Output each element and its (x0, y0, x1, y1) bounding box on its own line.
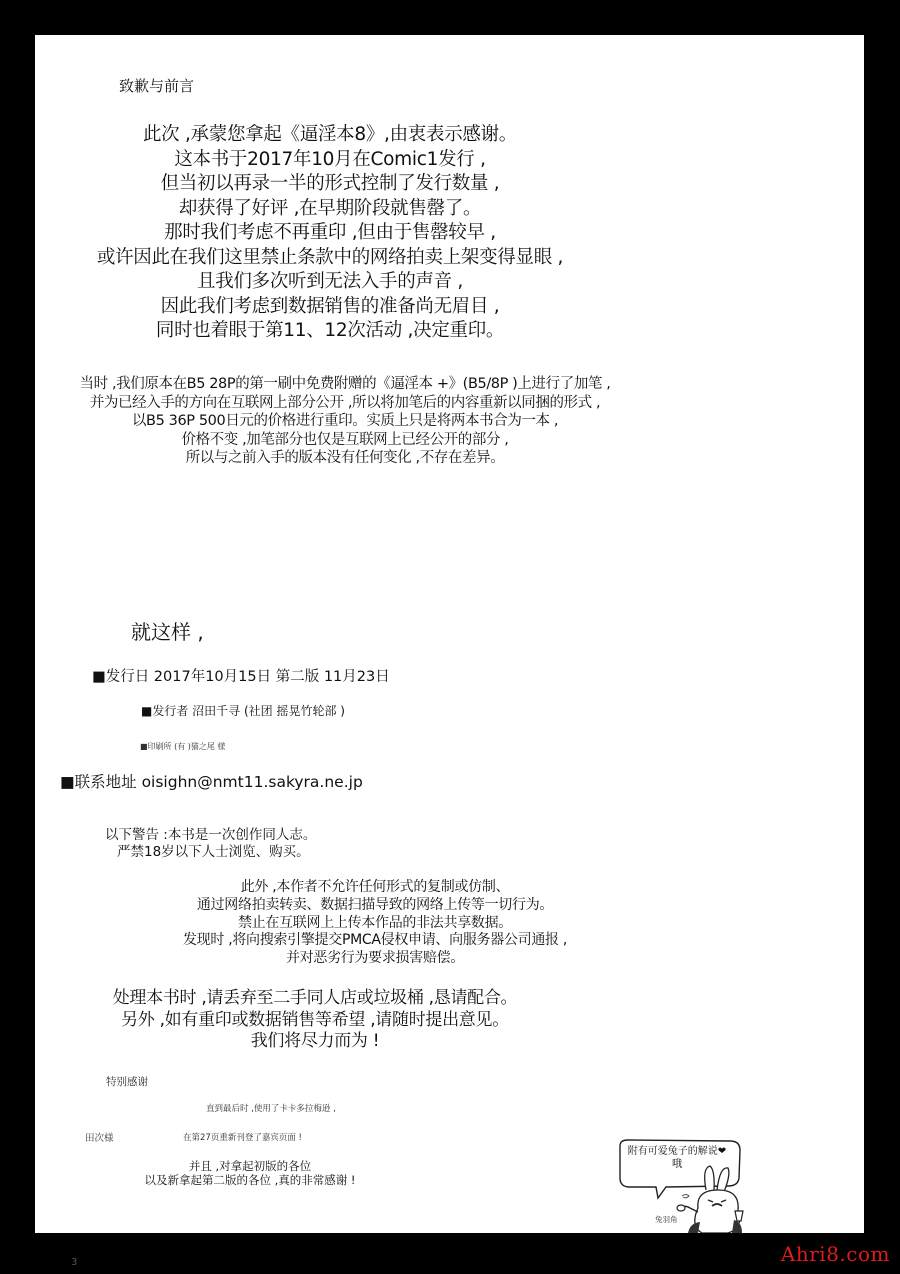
bunny-label: 兔羽角 (655, 1214, 678, 1225)
closing-paragraph: 处理本书时 ,请丢弃至二手同人店或垃圾桶 ,恳请配合。 另外 ,如有重印或数据销… (70, 988, 560, 1053)
closing-line: 另外 ,如有重印或数据销售等希望 ,请随时提出意见。 (70, 1010, 560, 1032)
special-thanks-name: 田次様 (85, 1134, 114, 1144)
intro-line: 但当初以再录一半的形式控制了发行数量 , (70, 172, 590, 197)
printer: ■印刷所 (有 )猫之尾 様 (140, 743, 225, 751)
bunny-illustration: 附有可爱兔子的解说❤ 哦 兔羽角 (618, 1138, 768, 1233)
intro-line: 那时我们考虑不再重印 ,但由于售罄较早 , (70, 221, 590, 246)
copyright-line: 发现时 ,将向搜索引擎提交PMCA侵权申请、向服务器公司通报 , (135, 932, 615, 950)
special-thanks-line: 直到最后时 ,使用了卡卡多拉梅逊 , (206, 1105, 336, 1114)
document-page: 致歉与前言 此次 ,承蒙您拿起《逼淫本8》,由衷表示感谢。 这本书于2017年1… (35, 35, 864, 1233)
release-date: ■发行日 2017年10月15日 第二版 11月23日 (92, 670, 390, 685)
intro-line: 因此我们考虑到数据销售的准备尚无眉目 , (70, 295, 590, 320)
page-title: 致歉与前言 (119, 79, 194, 94)
closing-line: 处理本书时 ,请丢弃至二手同人店或垃圾桶 ,恳请配合。 (70, 988, 560, 1010)
intro-line: 这本书于2017年10月在Comic1发行 , (70, 148, 590, 173)
copyright-line: 禁止在互联网上上传本作品的非法共享数据。 (135, 915, 615, 933)
age-warning: 以下警告 :本书是一次创作同人志。 严禁18岁以下人士浏览、购买。 (105, 827, 316, 861)
note-line: 当时 ,我们原本在B5 28P的第一刷中免费附赠的《逼淫本 +》(B5/8P )… (35, 375, 655, 394)
note-line: 所以与之前入手的版本没有任何变化 ,不存在差异。 (35, 449, 655, 468)
intro-line: 却获得了好评 ,在早期阶段就售罄了。 (70, 197, 590, 222)
intro-paragraph: 此次 ,承蒙您拿起《逼淫本8》,由衷表示感谢。 这本书于2017年10月在Com… (70, 123, 590, 344)
intro-line: 此次 ,承蒙您拿起《逼淫本8》,由衷表示感谢。 (70, 123, 590, 148)
intro-line: 同时也着眼于第11、12次活动 ,决定重印。 (70, 319, 590, 344)
warning-line: 严禁18岁以下人士浏览、购买。 (105, 844, 316, 861)
copyright-line: 此外 ,本作者不允许任何形式的复制或仿制、 (135, 879, 615, 897)
reprint-note-paragraph: 当时 ,我们原本在B5 28P的第一刷中免费附赠的《逼淫本 +》(B5/8P )… (35, 375, 655, 468)
speech-line: 附有可爱兔子的解说❤ (618, 1145, 736, 1158)
so-then-heading: 就这样 , (131, 622, 204, 642)
final-thanks-line: 并且 ,对拿起初版的各位 (130, 1159, 370, 1173)
intro-line: 或许因此在我们这里禁止条款中的网络拍卖上架变得显眼 , (70, 246, 590, 271)
closing-line: 我们将尽力而为 ! (70, 1031, 560, 1053)
copyright-notice: 此外 ,本作者不允许任何形式的复制或仿制、 通过网络拍卖转卖、数据扫描导致的网络… (135, 879, 615, 968)
special-thanks-heading: 特别感谢 (106, 1077, 148, 1088)
note-line: 并为已经入手的方向在互联网上部分公开 ,所以将加笔后的内容重新以同捆的形式 , (35, 394, 655, 413)
intro-line: 且我们多次听到无法入手的声音 , (70, 270, 590, 295)
speech-bubble-text: 附有可爱兔子的解说❤ 哦 (618, 1145, 736, 1171)
contact-address: ■联系地址 oisighn@nmt11.sakyra.ne.jp (60, 775, 363, 791)
copyright-line: 并对恶劣行为要求损害赔偿。 (135, 950, 615, 968)
publisher: ■发行者 沼田千寻 (社团 摇晃竹轮部 ) (141, 705, 345, 717)
final-thanks-line: 以及新拿起第二版的各位 ,真的非常感谢 ! (130, 1173, 370, 1187)
final-thanks: 并且 ,对拿起初版的各位 以及新拿起第二版的各位 ,真的非常感谢 ! (130, 1159, 370, 1187)
page-number: 3 (71, 1257, 77, 1268)
warning-line: 以下警告 :本书是一次创作同人志。 (105, 827, 316, 844)
copyright-line: 通过网络拍卖转卖、数据扫描导致的网络上传等一切行为。 (135, 897, 615, 915)
speech-line: 哦 (618, 1158, 736, 1171)
note-line: 价格不变 ,加笔部分也仅是互联网上已经公开的部分 , (35, 431, 655, 450)
note-line: 以B5 36P 500日元的价格进行重印。实质上只是将两本书合为一本 , (35, 412, 655, 431)
watermark: Ahri8.com (781, 1242, 890, 1266)
special-thanks-line: 在第27页重新刊登了嘉宾页面 ! (183, 1134, 302, 1143)
